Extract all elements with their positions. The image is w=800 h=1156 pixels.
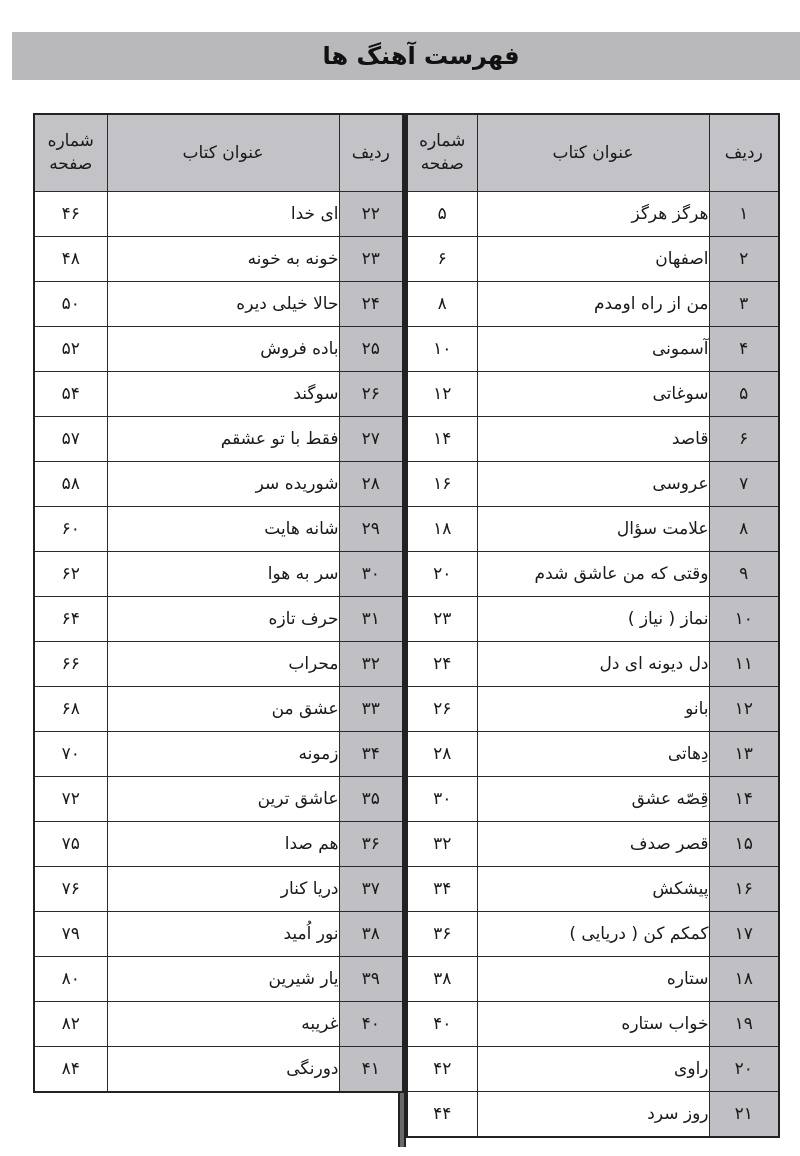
table-row: ۲۸شوریده سر۵۸ bbox=[34, 462, 403, 507]
row-number-cell: ۳۵ bbox=[339, 777, 403, 822]
song-title-cell: ای خدا bbox=[107, 192, 339, 237]
song-title-cell: علامت سؤال bbox=[477, 507, 709, 552]
row-number-cell: ۳۱ bbox=[339, 597, 403, 642]
page-number-cell: ۷۹ bbox=[34, 912, 107, 957]
song-title-cell: یار شیرین bbox=[107, 957, 339, 1002]
row-number-cell: ۲۴ bbox=[339, 282, 403, 327]
song-title-cell: عشق من bbox=[107, 687, 339, 732]
song-title-cell: زمونه bbox=[107, 732, 339, 777]
page-number-cell: ۶۰ bbox=[34, 507, 107, 552]
row-number-cell: ۱۴ bbox=[709, 777, 779, 822]
page-number-cell: ۷۵ bbox=[34, 822, 107, 867]
song-title-cell: غریبه bbox=[107, 1002, 339, 1047]
column-header-title: عنوان کتاب bbox=[107, 114, 339, 192]
table-header-row: ردیف عنوان کتاب شماره صفحه bbox=[34, 114, 403, 192]
row-number-cell: ۱۷ bbox=[709, 912, 779, 957]
row-number-cell: ۳۳ bbox=[339, 687, 403, 732]
table-row: ۲۷فقط با تو عشقم۵۷ bbox=[34, 417, 403, 462]
song-title-cell: ستاره bbox=[477, 957, 709, 1002]
song-title-cell: سر به هوا bbox=[107, 552, 339, 597]
column-header-row-number: ردیف bbox=[709, 114, 779, 192]
table-body-right: ۱هرگز هرگز۵۲اصفهان۶۳من از راه اومدم۸۴آسم… bbox=[407, 192, 779, 1138]
song-title-cell: روز سرد bbox=[477, 1092, 709, 1138]
page-number-cell: ۸۰ bbox=[34, 957, 107, 1002]
page-number-cell: ۶۴ bbox=[34, 597, 107, 642]
table-row: ۴آسمونی۱۰ bbox=[407, 327, 779, 372]
song-title-cell: شانه هایت bbox=[107, 507, 339, 552]
song-title-cell: حرف تازه bbox=[107, 597, 339, 642]
page-number-cell: ۷۰ bbox=[34, 732, 107, 777]
table-row: ۳۶هم صدا۷۵ bbox=[34, 822, 403, 867]
page-number-cell: ۴۲ bbox=[407, 1047, 477, 1092]
row-number-cell: ۱۵ bbox=[709, 822, 779, 867]
table-row: ۲۴حالا خیلی دیره۵۰ bbox=[34, 282, 403, 327]
page-number-cell: ۵۲ bbox=[34, 327, 107, 372]
page-number-cell: ۱۶ bbox=[407, 462, 477, 507]
row-number-cell: ۲ bbox=[709, 237, 779, 282]
row-number-cell: ۵ bbox=[709, 372, 779, 417]
table-row: ۴۱دورنگی۸۴ bbox=[34, 1047, 403, 1093]
row-number-cell: ۱۸ bbox=[709, 957, 779, 1002]
song-title-cell: دورنگی bbox=[107, 1047, 339, 1093]
table-row: ۱۲بانو۲۶ bbox=[407, 687, 779, 732]
row-number-cell: ۸ bbox=[709, 507, 779, 552]
song-title-cell: آسمونی bbox=[477, 327, 709, 372]
page-number-cell: ۱۸ bbox=[407, 507, 477, 552]
table-row: ۳۴زمونه۷۰ bbox=[34, 732, 403, 777]
song-title-cell: بانو bbox=[477, 687, 709, 732]
page-number-cell: ۸۴ bbox=[34, 1047, 107, 1093]
row-number-cell: ۶ bbox=[709, 417, 779, 462]
column-header-page: شماره صفحه bbox=[407, 114, 477, 192]
row-number-cell: ۲۲ bbox=[339, 192, 403, 237]
song-title-cell: خواب ستاره bbox=[477, 1002, 709, 1047]
row-number-cell: ۲۵ bbox=[339, 327, 403, 372]
page-number-cell: ۲۸ bbox=[407, 732, 477, 777]
row-number-cell: ۴۰ bbox=[339, 1002, 403, 1047]
row-number-cell: ۱۱ bbox=[709, 642, 779, 687]
row-number-cell: ۳۴ bbox=[339, 732, 403, 777]
table-body-left: ۲۲ای خدا۴۶۲۳خونه به خونه۴۸۲۴حالا خیلی دی… bbox=[34, 192, 403, 1093]
row-number-cell: ۱۶ bbox=[709, 867, 779, 912]
table-row: ۳۱حرف تازه۶۴ bbox=[34, 597, 403, 642]
table-row: ۸علامت سؤال۱۸ bbox=[407, 507, 779, 552]
page-number-cell: ۳۸ bbox=[407, 957, 477, 1002]
table-row: ۲۰راوی۴۲ bbox=[407, 1047, 779, 1092]
song-title-cell: خونه به خونه bbox=[107, 237, 339, 282]
table-row: ۵سوغاتی۱۲ bbox=[407, 372, 779, 417]
table-row: ۷عروسی۱۶ bbox=[407, 462, 779, 507]
row-number-cell: ۲۶ bbox=[339, 372, 403, 417]
page-number-cell: ۶۶ bbox=[34, 642, 107, 687]
row-number-cell: ۹ bbox=[709, 552, 779, 597]
table-row: ۲۹شانه هایت۶۰ bbox=[34, 507, 403, 552]
page-number-cell: ۴۸ bbox=[34, 237, 107, 282]
table-row: ۳۷دریا کنار۷۶ bbox=[34, 867, 403, 912]
song-title-cell: عاشق ترین bbox=[107, 777, 339, 822]
song-title-cell: سوغاتی bbox=[477, 372, 709, 417]
song-title-cell: قصر صدف bbox=[477, 822, 709, 867]
page-number-cell: ۶۸ bbox=[34, 687, 107, 732]
title-banner: فهرست آهنگ ها bbox=[12, 32, 800, 80]
column-header-page-line1: شماره bbox=[35, 130, 107, 153]
page-number-cell: ۶۲ bbox=[34, 552, 107, 597]
song-title-cell: عروسی bbox=[477, 462, 709, 507]
page-number-cell: ۲۶ bbox=[407, 687, 477, 732]
song-title-cell: حالا خیلی دیره bbox=[107, 282, 339, 327]
row-number-cell: ۷ bbox=[709, 462, 779, 507]
song-title-cell: دریا کنار bbox=[107, 867, 339, 912]
column-header-page-line1: شماره bbox=[408, 130, 477, 153]
table-row: ۲۵باده فروش۵۲ bbox=[34, 327, 403, 372]
song-title-cell: وقتی که من عاشق شدم bbox=[477, 552, 709, 597]
song-title-cell: راوی bbox=[477, 1047, 709, 1092]
page-number-cell: ۳۰ bbox=[407, 777, 477, 822]
page-number-cell: ۱۲ bbox=[407, 372, 477, 417]
row-number-cell: ۳ bbox=[709, 282, 779, 327]
page-number-cell: ۳۲ bbox=[407, 822, 477, 867]
song-title-cell: قاصد bbox=[477, 417, 709, 462]
page-number-cell: ۳۴ bbox=[407, 867, 477, 912]
table-row: ۲۶سوگند۵۴ bbox=[34, 372, 403, 417]
table-row: ۳۰سر به هوا۶۲ bbox=[34, 552, 403, 597]
row-number-cell: ۲۱ bbox=[709, 1092, 779, 1138]
table-row: ۱هرگز هرگز۵ bbox=[407, 192, 779, 237]
row-number-cell: ۴ bbox=[709, 327, 779, 372]
table-row: ۳من از راه اومدم۸ bbox=[407, 282, 779, 327]
row-number-cell: ۱۹ bbox=[709, 1002, 779, 1047]
song-title-cell: دِهاتی bbox=[477, 732, 709, 777]
table-row: ۱۸ستاره۳۸ bbox=[407, 957, 779, 1002]
song-title-cell: من از راه اومدم bbox=[477, 282, 709, 327]
page-number-cell: ۵ bbox=[407, 192, 477, 237]
table-row: ۳۳عشق من۶۸ bbox=[34, 687, 403, 732]
songs-table-left: ردیف عنوان کتاب شماره صفحه ۲۲ای خدا۴۶۲۳خ… bbox=[33, 113, 404, 1093]
column-header-page-line2: صفحه bbox=[35, 153, 107, 176]
row-number-cell: ۳۷ bbox=[339, 867, 403, 912]
table-row: ۴۰غریبه۸۲ bbox=[34, 1002, 403, 1047]
songs-table-right: ردیف عنوان کتاب شماره صفحه ۱هرگز هرگز۵۲ا… bbox=[406, 113, 780, 1138]
song-title-cell: نور اُمید bbox=[107, 912, 339, 957]
row-number-cell: ۴۱ bbox=[339, 1047, 403, 1093]
table-row: ۱۶پیشکش۳۴ bbox=[407, 867, 779, 912]
table-row: ۲۳خونه به خونه۴۸ bbox=[34, 237, 403, 282]
table-row: ۲اصفهان۶ bbox=[407, 237, 779, 282]
table-row: ۲۲ای خدا۴۶ bbox=[34, 192, 403, 237]
table-row: ۱۹خواب ستاره۴۰ bbox=[407, 1002, 779, 1047]
table-row: ۱۵قصر صدف۳۲ bbox=[407, 822, 779, 867]
row-number-cell: ۱ bbox=[709, 192, 779, 237]
song-title-cell: هرگز هرگز bbox=[477, 192, 709, 237]
page-number-cell: ۴۴ bbox=[407, 1092, 477, 1138]
page-number-cell: ۴۶ bbox=[34, 192, 107, 237]
column-header-page-line2: صفحه bbox=[408, 153, 477, 176]
song-title-cell: اصفهان bbox=[477, 237, 709, 282]
row-number-cell: ۳۶ bbox=[339, 822, 403, 867]
page-number-cell: ۱۰ bbox=[407, 327, 477, 372]
table-row: ۹وقتی که من عاشق شدم۲۰ bbox=[407, 552, 779, 597]
table-row: ۳۵عاشق ترین۷۲ bbox=[34, 777, 403, 822]
table-row: ۱۴قِصّه عشق۳۰ bbox=[407, 777, 779, 822]
table-row: ۳۹یار شیرین۸۰ bbox=[34, 957, 403, 1002]
page-number-cell: ۵۴ bbox=[34, 372, 107, 417]
song-title-cell: دل دیونه ای دل bbox=[477, 642, 709, 687]
table-row: ۱۱دل دیونه ای دل۲۴ bbox=[407, 642, 779, 687]
song-title-cell: هم صدا bbox=[107, 822, 339, 867]
song-title-cell: محراب bbox=[107, 642, 339, 687]
table-row: ۱۰نماز ( نیاز )۲۳ bbox=[407, 597, 779, 642]
page-number-cell: ۸ bbox=[407, 282, 477, 327]
row-number-cell: ۱۳ bbox=[709, 732, 779, 777]
page-number-cell: ۷۲ bbox=[34, 777, 107, 822]
column-header-row-number: ردیف bbox=[339, 114, 403, 192]
song-title-cell: کمکم کن ( دریایی ) bbox=[477, 912, 709, 957]
row-number-cell: ۳۹ bbox=[339, 957, 403, 1002]
table-row: ۳۲محراب۶۶ bbox=[34, 642, 403, 687]
page-number-cell: ۴۰ bbox=[407, 1002, 477, 1047]
song-title-cell: پیشکش bbox=[477, 867, 709, 912]
row-number-cell: ۲۰ bbox=[709, 1047, 779, 1092]
table-row: ۶قاصد۱۴ bbox=[407, 417, 779, 462]
page-number-cell: ۸۲ bbox=[34, 1002, 107, 1047]
page-number-cell: ۲۴ bbox=[407, 642, 477, 687]
page-number-cell: ۵۰ bbox=[34, 282, 107, 327]
page-title: فهرست آهنگ ها bbox=[322, 42, 519, 70]
row-number-cell: ۱۲ bbox=[709, 687, 779, 732]
page-number-cell: ۷۶ bbox=[34, 867, 107, 912]
row-number-cell: ۲۸ bbox=[339, 462, 403, 507]
table-row: ۲۱روز سرد۴۴ bbox=[407, 1092, 779, 1138]
song-title-cell: قِصّه عشق bbox=[477, 777, 709, 822]
page-number-cell: ۳۶ bbox=[407, 912, 477, 957]
table-row: ۳۸نور اُمید۷۹ bbox=[34, 912, 403, 957]
row-number-cell: ۲۹ bbox=[339, 507, 403, 552]
page-number-cell: ۵۸ bbox=[34, 462, 107, 507]
page-number-cell: ۲۳ bbox=[407, 597, 477, 642]
song-title-cell: فقط با تو عشقم bbox=[107, 417, 339, 462]
row-number-cell: ۲۷ bbox=[339, 417, 403, 462]
table-row: ۱۷کمکم کن ( دریایی )۳۶ bbox=[407, 912, 779, 957]
table-row: ۱۳دِهاتی۲۸ bbox=[407, 732, 779, 777]
row-number-cell: ۲۳ bbox=[339, 237, 403, 282]
table-header-row: ردیف عنوان کتاب شماره صفحه bbox=[407, 114, 779, 192]
column-header-page: شماره صفحه bbox=[34, 114, 107, 192]
page-number-cell: ۱۴ bbox=[407, 417, 477, 462]
page-number-cell: ۲۰ bbox=[407, 552, 477, 597]
song-title-cell: باده فروش bbox=[107, 327, 339, 372]
song-title-cell: نماز ( نیاز ) bbox=[477, 597, 709, 642]
song-title-cell: سوگند bbox=[107, 372, 339, 417]
page-number-cell: ۵۷ bbox=[34, 417, 107, 462]
row-number-cell: ۳۰ bbox=[339, 552, 403, 597]
column-header-title: عنوان کتاب bbox=[477, 114, 709, 192]
page-number-cell: ۶ bbox=[407, 237, 477, 282]
row-number-cell: ۱۰ bbox=[709, 597, 779, 642]
row-number-cell: ۳۲ bbox=[339, 642, 403, 687]
song-title-cell: شوریده سر bbox=[107, 462, 339, 507]
row-number-cell: ۳۸ bbox=[339, 912, 403, 957]
